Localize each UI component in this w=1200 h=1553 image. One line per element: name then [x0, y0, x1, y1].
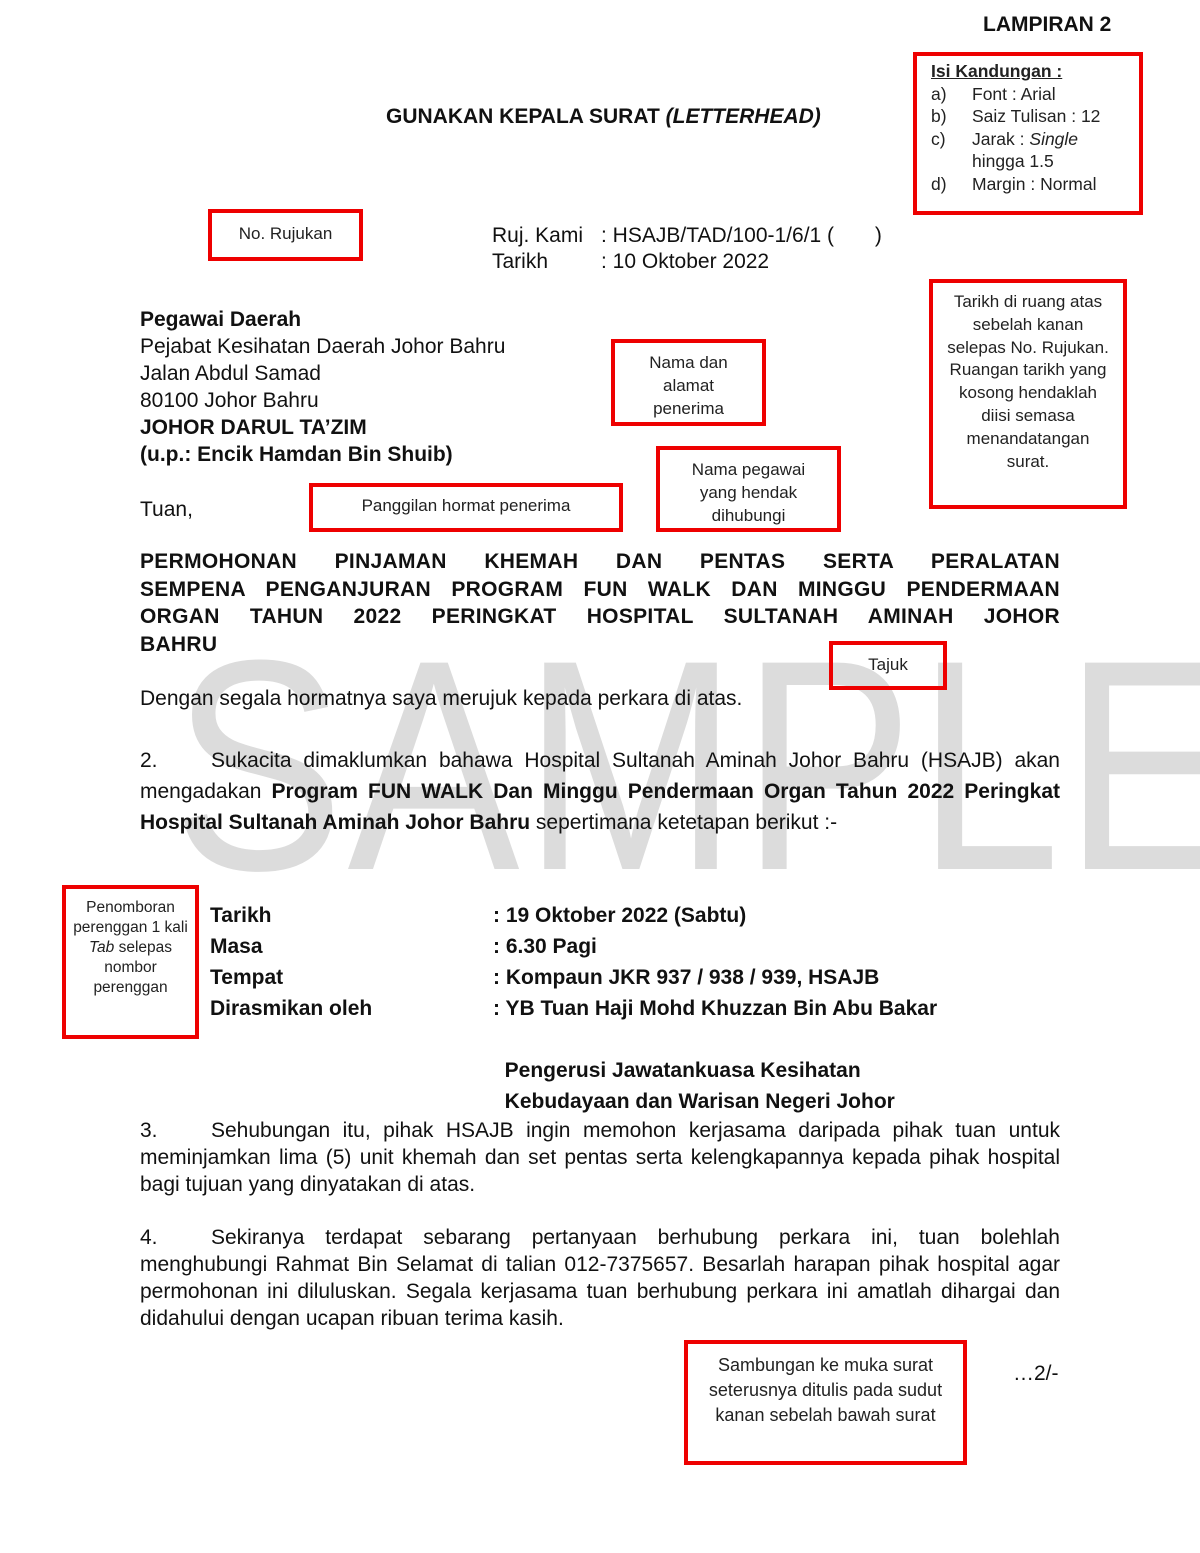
paragraph-2: 2.Sukacita dimaklumkan bahawa Hospital S…	[140, 745, 1060, 838]
sambungan-annotation: Sambungan ke muka surat seterusnya ditul…	[684, 1340, 967, 1465]
continuation-marker: …2/-	[1013, 1360, 1059, 1387]
tajuk-annotation: Tajuk	[829, 641, 947, 690]
para-2-number: 2.	[140, 745, 211, 776]
paragraph-4: 4.Sekiranya terdapat sebarang pertanyaan…	[140, 1224, 1060, 1332]
tarikh-label: Tarikh	[492, 248, 601, 275]
isi-item-font: a) Font : Arial	[931, 83, 1139, 106]
isi-kandungan-box: Isi Kandungan : a) Font : Arial b) Saiz …	[913, 52, 1143, 215]
opening-sentence: Dengan segala hormatnya saya merujuk kep…	[140, 685, 742, 712]
recipient-street: Jalan Abdul Samad	[140, 360, 505, 387]
detail-row-dirasmikan-cont-1: Pengerusi Jawatankuasa Kesihatan	[210, 1024, 233, 1055]
letterhead-title-italic: (LETTERHEAD)	[666, 105, 821, 128]
lampiran-label: LAMPIRAN 2	[983, 13, 1111, 37]
recipient-block: Pegawai Daerah Pejabat Kesihatan Daerah …	[140, 306, 505, 468]
para-3-number: 3.	[140, 1117, 211, 1144]
ruj-kami-line: Ruj. Kami: HSAJB/TAD/100-1/6/1 ( )	[492, 222, 882, 249]
para-4-number: 4.	[140, 1224, 211, 1251]
nama-alamat-annotation: Nama dan alamat penerima	[611, 339, 766, 426]
subject-line-3: ORGAN TAHUN 2022 PERINGKAT HOSPITAL SULT…	[140, 603, 1060, 631]
recipient-postcode: 80100 Johor Bahru	[140, 387, 505, 414]
tarikh-note-annotation: Tarikh di ruang atas sebelah kanan selep…	[929, 279, 1127, 509]
letterhead-title: GUNAKAN KEPALA SURAT (LETTERHEAD)	[386, 105, 821, 129]
isi-item-jarak: c) Jarak : Single	[931, 128, 1139, 151]
penomboran-annotation: Penomboran perenggan 1 kali Tab selepas …	[62, 885, 199, 1039]
subject-line-1: PERMOHONAN PINJAMAN KHEMAH DAN PENTAS SE…	[140, 548, 1060, 576]
tarikh-line: Tarikh: 10 Oktober 2022	[492, 248, 769, 275]
no-rujukan-annotation: No. Rujukan	[208, 209, 363, 261]
salutation: Tuan,	[140, 496, 193, 523]
subject-line-2: SEMPENA PENGANJURAN PROGRAM FUN WALK DAN…	[140, 576, 1060, 604]
nama-pegawai-annotation: Nama pegawai yang hendak dihubungi	[656, 446, 841, 532]
tarikh-value: : 10 Oktober 2022	[601, 250, 769, 273]
recipient-title: Pegawai Daerah	[140, 306, 505, 333]
recipient-state: JOHOR DARUL TA’ZIM	[140, 414, 505, 441]
isi-kandungan-heading: Isi Kandungan :	[931, 60, 1139, 83]
recipient-office: Pejabat Kesihatan Daerah Johor Bahru	[140, 333, 505, 360]
ruj-kami-value: : HSAJB/TAD/100-1/6/1 ( )	[601, 224, 882, 247]
isi-item-margin: d) Margin : Normal	[931, 173, 1139, 196]
detail-row-dirasmikan-cont-2: Kebudayaan dan Warisan Negeri Johor	[210, 1055, 233, 1086]
ruj-kami-label: Ruj. Kami	[492, 222, 601, 249]
isi-item-jarak-cont: hingga 1.5	[931, 150, 1139, 173]
letterhead-title-text: GUNAKAN KEPALA SURAT	[386, 105, 660, 128]
recipient-attention: (u.p.: Encik Hamdan Bin Shuib)	[140, 441, 505, 468]
paragraph-3: 3.Sehubungan itu, pihak HSAJB ingin memo…	[140, 1117, 1060, 1198]
isi-item-saiz: b) Saiz Tulisan : 12	[931, 105, 1139, 128]
panggilan-annotation: Panggilan hormat penerima	[309, 483, 623, 532]
